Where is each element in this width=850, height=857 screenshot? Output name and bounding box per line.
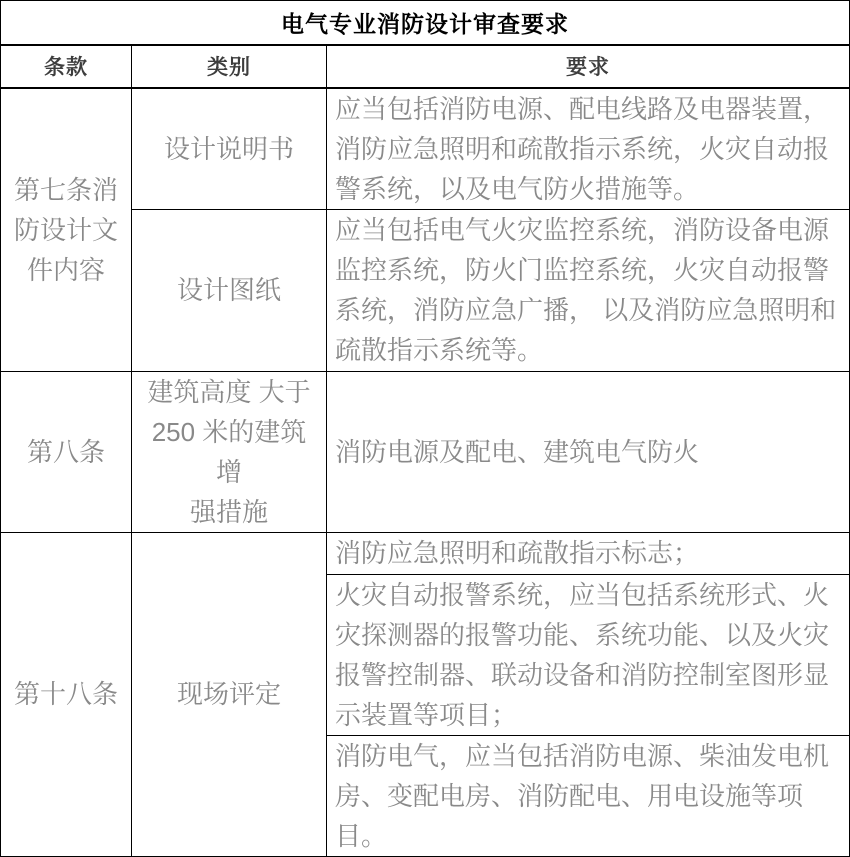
requirement-cell-design-statement: 应当包括消防电源、配电线路及电器装置，消防应急照明和疏散指示系统，火灾自动报警系… [327, 88, 850, 210]
table-row: 第八条 建筑高度 大于 250 米的建筑增 强措施 消防电源及配电、建筑电气防火 [1, 371, 850, 532]
requirement-cell-tall-buildings: 消防电源及配电、建筑电气防火 [327, 371, 850, 532]
category-cell-site-assessment: 现场评定 [132, 532, 327, 856]
table-row: 第七条消防设计文件内容 设计说明书 应当包括消防电源、配电线路及电器装置，消防应… [1, 88, 850, 210]
requirement-cell-fire-alarm-system: 火灾自动报警系统，应当包括系统形式、火灾探测器的报警功能、系统功能、以及火灾报警… [327, 574, 850, 735]
fire-design-review-table: 电气专业消防设计审查要求 条款 类别 要求 第七条消防设计文件内容 设计说明书 … [0, 0, 850, 857]
category-cell-design-statement: 设计说明书 [132, 88, 327, 210]
column-header-category: 类别 [132, 45, 327, 88]
clause-cell-article7: 第七条消防设计文件内容 [1, 88, 132, 372]
clause-cell-article18: 第十八条 [1, 532, 132, 856]
column-header-clause: 条款 [1, 45, 132, 88]
column-header-requirement: 要求 [327, 45, 850, 88]
category-cell-design-drawings: 设计图纸 [132, 209, 327, 371]
requirement-cell-emergency-lighting: 消防应急照明和疏散指示标志； [327, 532, 850, 574]
document-page: 电气专业消防设计审查要求 条款 类别 要求 第七条消防设计文件内容 设计说明书 … [0, 0, 850, 809]
requirement-cell-design-drawings: 应当包括电气火灾监控系统，消防设备电源监控系统，防火门监控系统，火灾自动报警系统… [327, 209, 850, 371]
table-title: 电气专业消防设计审查要求 [1, 1, 850, 45]
requirement-cell-fire-electrical: 消防电气，应当包括消防电源、柴油发电机房、变配电房、消防配电、用电设施等项目。 [327, 735, 850, 856]
category-cell-tall-buildings: 建筑高度 大于 250 米的建筑增 强措施 [132, 371, 327, 532]
table-row: 第十八条 现场评定 消防应急照明和疏散指示标志； [1, 532, 850, 574]
clause-cell-article8: 第八条 [1, 371, 132, 532]
